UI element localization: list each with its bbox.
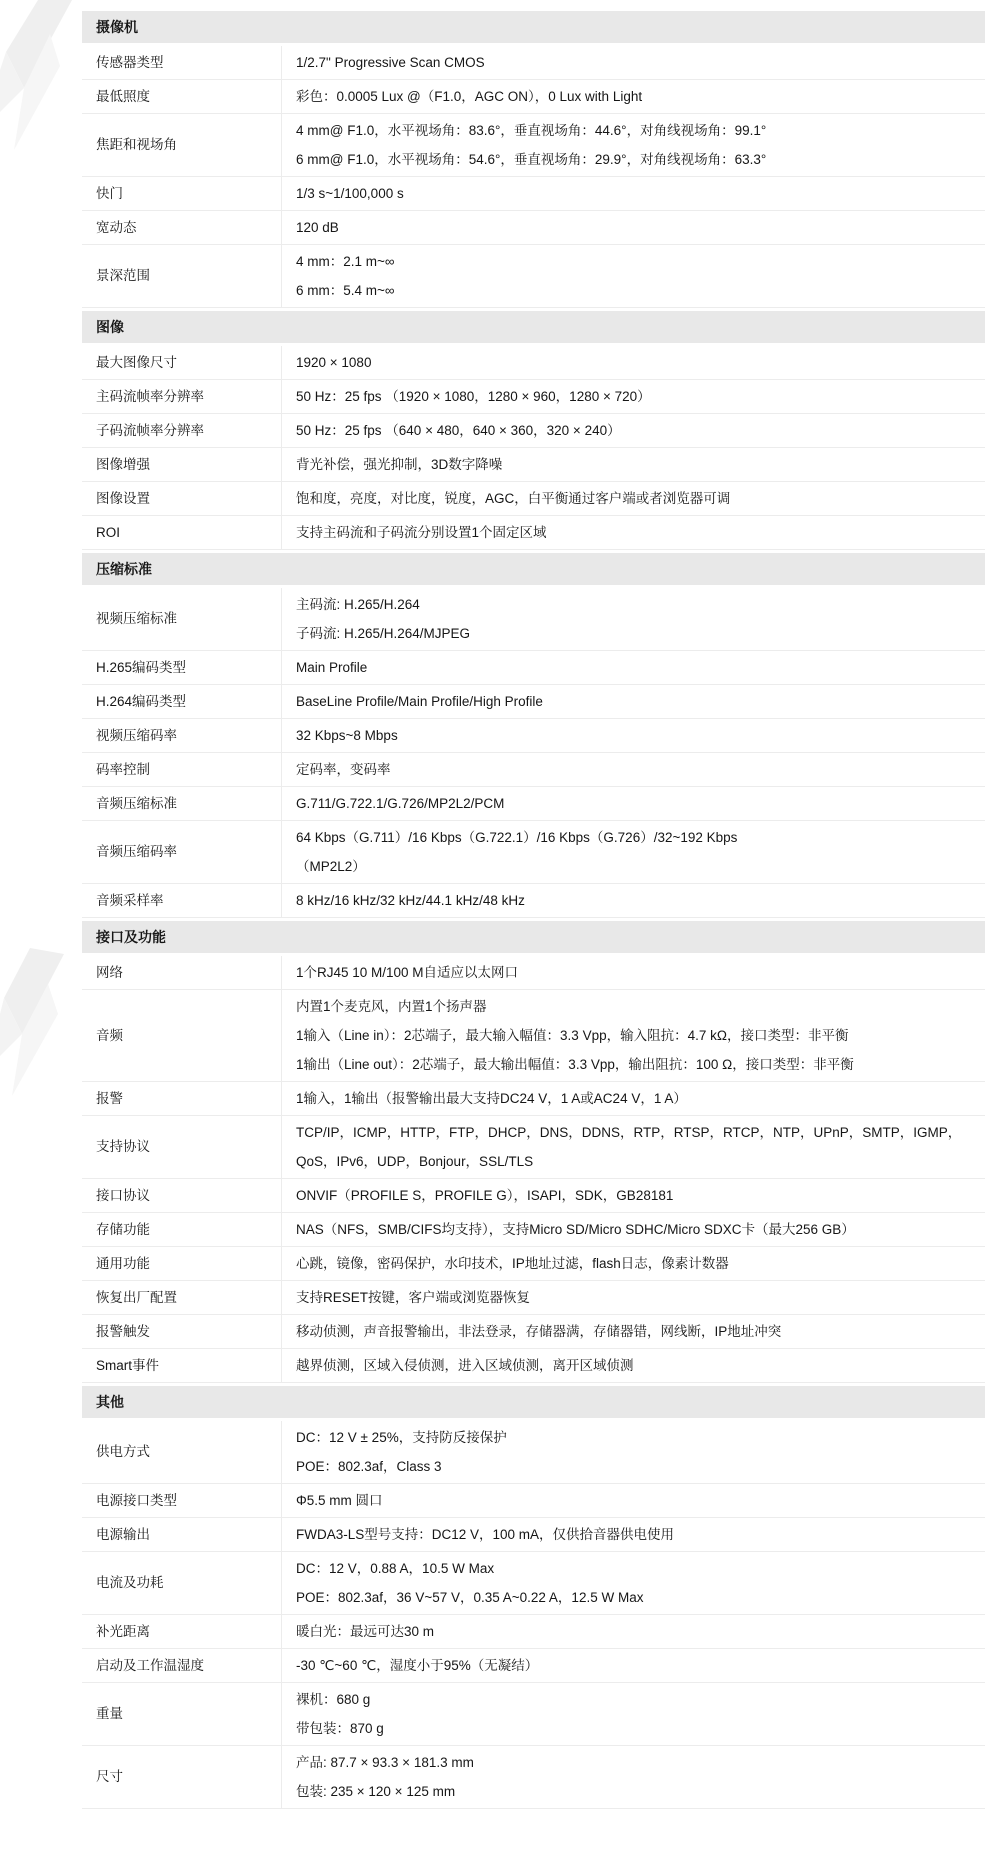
spec-label: Smart事件 xyxy=(82,1349,282,1382)
table-row: Smart事件越界侦测，区域入侵侦测，进入区域侦测，离开区域侦测 xyxy=(82,1349,985,1383)
spec-value-line: 6 mm：5.4 m~∞ xyxy=(296,276,969,305)
table-row: 最大图像尺寸1920 × 1080 xyxy=(82,346,985,380)
spec-value-line: 背光补偿，强光抑制，3D数字降噪 xyxy=(296,450,969,479)
spec-label: 快门 xyxy=(82,177,282,210)
spec-value: 1/2.7" Progressive Scan CMOS xyxy=(282,46,985,79)
spec-label: 报警触发 xyxy=(82,1315,282,1348)
spec-label: 图像设置 xyxy=(82,482,282,515)
spec-label: 图像增强 xyxy=(82,448,282,481)
spec-value-line: 支持主码流和子码流分别设置1个固定区域 xyxy=(296,518,969,547)
table-row: 音频采样率8 kHz/16 kHz/32 kHz/44.1 kHz/48 kHz xyxy=(82,884,985,918)
table-row: 传感器类型1/2.7" Progressive Scan CMOS xyxy=(82,46,985,80)
table-row: 电源接口类型Φ5.5 mm 圆口 xyxy=(82,1484,985,1518)
spec-value-line: 64 Kbps（G.711）/16 Kbps（G.722.1）/16 Kbps（… xyxy=(296,823,969,852)
spec-value-line: 1920 × 1080 xyxy=(296,348,969,377)
spec-value: 裸机：680 g带包装：870 g xyxy=(282,1683,985,1745)
section-header: 其他 xyxy=(82,1386,985,1418)
spec-value: 50 Hz：25 fps （640 × 480，640 × 360，320 × … xyxy=(282,414,985,447)
table-row: 电流及功耗DC：12 V，0.88 A，10.5 W MaxPOE：802.3a… xyxy=(82,1552,985,1615)
spec-value-line: 主码流: H.265/H.264 xyxy=(296,590,969,619)
spec-label: 主码流帧率分辨率 xyxy=(82,380,282,413)
spec-value: 120 dB xyxy=(282,211,985,244)
table-row: 补光距离暖白光：最远可达30 m xyxy=(82,1615,985,1649)
table-row: 图像设置饱和度，亮度，对比度，锐度，AGC，白平衡通过客户端或者浏览器可调 xyxy=(82,482,985,516)
table-row: 电源输出FWDA3-LS型号支持：DC12 V，100 mA，仅供拾音器供电使用 xyxy=(82,1518,985,1552)
spec-value-line: 1输入（Line in）：2芯端子，最大输入幅值：3.3 Vpp，输入阻抗：4.… xyxy=(296,1021,969,1050)
spec-label: 网络 xyxy=(82,956,282,989)
spec-value: NAS（NFS，SMB/CIFS均支持），支持Micro SD/Micro SD… xyxy=(282,1213,985,1246)
spec-value: 暖白光：最远可达30 m xyxy=(282,1615,985,1648)
spec-table: 摄像机传感器类型1/2.7" Progressive Scan CMOS最低照度… xyxy=(82,8,985,1809)
table-row: 启动及工作温湿度-30 ℃~60 ℃，湿度小于95%（无凝结） xyxy=(82,1649,985,1683)
spec-value: DC：12 V ± 25%，支持防反接保护POE：802.3af，Class 3 xyxy=(282,1421,985,1483)
spec-value-line: 6 mm@ F1.0，水平视场角：54.6°，垂直视场角：29.9°，对角线视场… xyxy=(296,145,969,174)
spec-value-line: （MP2L2） xyxy=(296,852,969,881)
table-row: 子码流帧率分辨率50 Hz：25 fps （640 × 480，640 × 36… xyxy=(82,414,985,448)
spec-value-line: 裸机：680 g xyxy=(296,1685,969,1714)
spec-value: 4 mm：2.1 m~∞6 mm：5.4 m~∞ xyxy=(282,245,985,307)
spec-value-line: 1输出（Line out）：2芯端子，最大输出幅值：3.3 Vpp，输出阻抗：1… xyxy=(296,1050,969,1079)
table-row: 音频压缩标准G.711/G.722.1/G.726/MP2L2/PCM xyxy=(82,787,985,821)
spec-label: 恢复出厂配置 xyxy=(82,1281,282,1314)
spec-label: 宽动态 xyxy=(82,211,282,244)
spec-value: 8 kHz/16 kHz/32 kHz/44.1 kHz/48 kHz xyxy=(282,884,985,917)
spec-value-line: 1输入，1输出（报警输出最大支持DC24 V，1 A或AC24 V，1 A） xyxy=(296,1084,969,1113)
table-row: 重量裸机：680 g带包装：870 g xyxy=(82,1683,985,1746)
spec-label: 最低照度 xyxy=(82,80,282,113)
spec-value-line: NAS（NFS，SMB/CIFS均支持），支持Micro SD/Micro SD… xyxy=(296,1215,969,1244)
table-row: 音频内置1个麦克风，内置1个扬声器1输入（Line in）：2芯端子，最大输入幅… xyxy=(82,990,985,1082)
table-row: 景深范围4 mm：2.1 m~∞6 mm：5.4 m~∞ xyxy=(82,245,985,308)
spec-label: 音频压缩码率 xyxy=(82,821,282,883)
spec-value-line: 内置1个麦克风，内置1个扬声器 xyxy=(296,992,969,1021)
spec-value-line: 产品: 87.7 × 93.3 × 181.3 mm xyxy=(296,1748,969,1777)
section-header: 接口及功能 xyxy=(82,921,985,953)
spec-label: 焦距和视场角 xyxy=(82,114,282,176)
spec-label: 音频 xyxy=(82,990,282,1081)
spec-label: 接口协议 xyxy=(82,1179,282,1212)
table-row: 网络1个RJ45 10 M/100 M自适应以太网口 xyxy=(82,956,985,990)
spec-label: 启动及工作温湿度 xyxy=(82,1649,282,1682)
spec-value-line: 支持RESET按键，客户端或浏览器恢复 xyxy=(296,1283,969,1312)
spec-value-line: Main Profile xyxy=(296,653,969,682)
spec-value-line: 4 mm@ F1.0，水平视场角：83.6°，垂直视场角：44.6°，对角线视场… xyxy=(296,116,969,145)
table-row: 图像增强背光补偿，强光抑制，3D数字降噪 xyxy=(82,448,985,482)
spec-label: 最大图像尺寸 xyxy=(82,346,282,379)
table-row: 视频压缩码率32 Kbps~8 Mbps xyxy=(82,719,985,753)
table-row: 报警触发移动侦测，声音报警输出，非法登录，存储器满，存储器错，网线断，IP地址冲… xyxy=(82,1315,985,1349)
table-row: 最低照度彩色：0.0005 Lux @（F1.0，AGC ON），0 Lux w… xyxy=(82,80,985,114)
spec-value-line: 心跳，镜像，密码保护，水印技术，IP地址过滤，flash日志，像素计数器 xyxy=(296,1249,969,1278)
table-row: H.265编码类型Main Profile xyxy=(82,651,985,685)
spec-value-line: 彩色：0.0005 Lux @（F1.0，AGC ON），0 Lux with … xyxy=(296,82,969,111)
table-row: 接口协议ONVIF（PROFILE S，PROFILE G），ISAPI，SDK… xyxy=(82,1179,985,1213)
section-header: 图像 xyxy=(82,311,985,343)
spec-value-line: 1/3 s~1/100,000 s xyxy=(296,179,969,208)
spec-value-line: DC：12 V，0.88 A，10.5 W Max xyxy=(296,1554,969,1583)
spec-value: FWDA3-LS型号支持：DC12 V，100 mA，仅供拾音器供电使用 xyxy=(282,1518,985,1551)
spec-value-line: ONVIF（PROFILE S，PROFILE G），ISAPI，SDK，GB2… xyxy=(296,1181,969,1210)
spec-label: 电源接口类型 xyxy=(82,1484,282,1517)
spec-value: 心跳，镜像，密码保护，水印技术，IP地址过滤，flash日志，像素计数器 xyxy=(282,1247,985,1280)
spec-value: 1个RJ45 10 M/100 M自适应以太网口 xyxy=(282,956,985,989)
table-row: 尺寸产品: 87.7 × 93.3 × 181.3 mm包装: 235 × 12… xyxy=(82,1746,985,1809)
page: { "sections": [ { "title": "摄像机", "rows"… xyxy=(0,0,1000,1853)
spec-label: 视频压缩码率 xyxy=(82,719,282,752)
spec-value-line: -30 ℃~60 ℃，湿度小于95%（无凝结） xyxy=(296,1651,969,1680)
spec-value-line: 饱和度，亮度，对比度，锐度，AGC，白平衡通过客户端或者浏览器可调 xyxy=(296,484,969,513)
table-row: 供电方式DC：12 V ± 25%，支持防反接保护POE：802.3af，Cla… xyxy=(82,1421,985,1484)
spec-value-line: 暖白光：最远可达30 m xyxy=(296,1617,969,1646)
spec-value-line: POE：802.3af，36 V~57 V，0.35 A~0.22 A，12.5… xyxy=(296,1583,969,1612)
spec-label: 音频采样率 xyxy=(82,884,282,917)
table-row: 视频压缩标准主码流: H.265/H.264子码流: H.265/H.264/M… xyxy=(82,588,985,651)
table-row: 报警1输入，1输出（报警输出最大支持DC24 V，1 A或AC24 V，1 A） xyxy=(82,1082,985,1116)
spec-label: H.264编码类型 xyxy=(82,685,282,718)
spec-value: 越界侦测，区域入侵侦测，进入区域侦测，离开区域侦测 xyxy=(282,1349,985,1382)
table-row: 支持协议TCP/IP，ICMP，HTTP，FTP，DHCP，DNS，DDNS，R… xyxy=(82,1116,985,1179)
section-header: 摄像机 xyxy=(82,11,985,43)
spec-value-line: 子码流: H.265/H.264/MJPEG xyxy=(296,619,969,648)
spec-label: 视频压缩标准 xyxy=(82,588,282,650)
section-header: 压缩标准 xyxy=(82,553,985,585)
spec-value-line: 8 kHz/16 kHz/32 kHz/44.1 kHz/48 kHz xyxy=(296,886,969,915)
table-row: 通用功能心跳，镜像，密码保护，水印技术，IP地址过滤，flash日志，像素计数器 xyxy=(82,1247,985,1281)
spec-value-line: 4 mm：2.1 m~∞ xyxy=(296,247,969,276)
table-row: 宽动态120 dB xyxy=(82,211,985,245)
spec-label: 码率控制 xyxy=(82,753,282,786)
spec-value: TCP/IP，ICMP，HTTP，FTP，DHCP，DNS，DDNS，RTP，R… xyxy=(282,1116,985,1178)
watermark-icon xyxy=(0,0,72,155)
spec-value-line: 50 Hz：25 fps （640 × 480，640 × 360，320 × … xyxy=(296,416,969,445)
spec-value-line: 120 dB xyxy=(296,213,969,242)
spec-label: 补光距离 xyxy=(82,1615,282,1648)
spec-value: 1/3 s~1/100,000 s xyxy=(282,177,985,210)
spec-label: 存储功能 xyxy=(82,1213,282,1246)
spec-value: 50 Hz：25 fps （1920 × 1080，1280 × 960，128… xyxy=(282,380,985,413)
spec-value: ONVIF（PROFILE S，PROFILE G），ISAPI，SDK，GB2… xyxy=(282,1179,985,1212)
spec-value: 4 mm@ F1.0，水平视场角：83.6°，垂直视场角：44.6°，对角线视场… xyxy=(282,114,985,176)
spec-label: 支持协议 xyxy=(82,1116,282,1178)
spec-value-line: G.711/G.722.1/G.726/MP2L2/PCM xyxy=(296,789,969,818)
spec-value: BaseLine Profile/Main Profile/High Profi… xyxy=(282,685,985,718)
table-row: 音频压缩码率64 Kbps（G.711）/16 Kbps（G.722.1）/16… xyxy=(82,821,985,884)
spec-value: Φ5.5 mm 圆口 xyxy=(282,1484,985,1517)
spec-value: 1920 × 1080 xyxy=(282,346,985,379)
table-row: 存储功能NAS（NFS，SMB/CIFS均支持），支持Micro SD/Micr… xyxy=(82,1213,985,1247)
spec-label: 报警 xyxy=(82,1082,282,1115)
spec-value-line: FWDA3-LS型号支持：DC12 V，100 mA，仅供拾音器供电使用 xyxy=(296,1520,969,1549)
spec-value-line: 移动侦测，声音报警输出，非法登录，存储器满，存储器错，网线断，IP地址冲突 xyxy=(296,1317,969,1346)
table-row: H.264编码类型BaseLine Profile/Main Profile/H… xyxy=(82,685,985,719)
spec-value-line: 越界侦测，区域入侵侦测，进入区域侦测，离开区域侦测 xyxy=(296,1351,969,1380)
spec-value-line: 1/2.7" Progressive Scan CMOS xyxy=(296,48,969,77)
spec-label: 景深范围 xyxy=(82,245,282,307)
spec-value: 背光补偿，强光抑制，3D数字降噪 xyxy=(282,448,985,481)
spec-label: 通用功能 xyxy=(82,1247,282,1280)
spec-value: 支持RESET按键，客户端或浏览器恢复 xyxy=(282,1281,985,1314)
spec-value-line: 定码率，变码率 xyxy=(296,755,969,784)
spec-value: 64 Kbps（G.711）/16 Kbps（G.722.1）/16 Kbps（… xyxy=(282,821,985,883)
spec-label: 子码流帧率分辨率 xyxy=(82,414,282,447)
spec-label: 电流及功耗 xyxy=(82,1552,282,1614)
spec-value-line: POE：802.3af，Class 3 xyxy=(296,1452,969,1481)
spec-label: 传感器类型 xyxy=(82,46,282,79)
spec-value: -30 ℃~60 ℃，湿度小于95%（无凝结） xyxy=(282,1649,985,1682)
spec-value: 1输入，1输出（报警输出最大支持DC24 V，1 A或AC24 V，1 A） xyxy=(282,1082,985,1115)
spec-value: 饱和度，亮度，对比度，锐度，AGC，白平衡通过客户端或者浏览器可调 xyxy=(282,482,985,515)
spec-value: 32 Kbps~8 Mbps xyxy=(282,719,985,752)
spec-label: 重量 xyxy=(82,1683,282,1745)
spec-value: 产品: 87.7 × 93.3 × 181.3 mm包装: 235 × 120 … xyxy=(282,1746,985,1808)
spec-label: 音频压缩标准 xyxy=(82,787,282,820)
spec-value: 内置1个麦克风，内置1个扬声器1输入（Line in）：2芯端子，最大输入幅值：… xyxy=(282,990,985,1081)
table-row: 主码流帧率分辨率50 Hz：25 fps （1920 × 1080，1280 ×… xyxy=(82,380,985,414)
spec-value: G.711/G.722.1/G.726/MP2L2/PCM xyxy=(282,787,985,820)
spec-label: H.265编码类型 xyxy=(82,651,282,684)
table-row: 焦距和视场角4 mm@ F1.0，水平视场角：83.6°，垂直视场角：44.6°… xyxy=(82,114,985,177)
table-row: ROI支持主码流和子码流分别设置1个固定区域 xyxy=(82,516,985,550)
spec-label: 供电方式 xyxy=(82,1421,282,1483)
watermark-icon xyxy=(0,948,72,1103)
spec-value-line: 1个RJ45 10 M/100 M自适应以太网口 xyxy=(296,958,969,987)
spec-value-line: DC：12 V ± 25%，支持防反接保护 xyxy=(296,1423,969,1452)
spec-label: 尺寸 xyxy=(82,1746,282,1808)
spec-value-line: Φ5.5 mm 圆口 xyxy=(296,1486,969,1515)
spec-value: 主码流: H.265/H.264子码流: H.265/H.264/MJPEG xyxy=(282,588,985,650)
spec-value: DC：12 V，0.88 A，10.5 W MaxPOE：802.3af，36 … xyxy=(282,1552,985,1614)
spec-value: 支持主码流和子码流分别设置1个固定区域 xyxy=(282,516,985,549)
spec-value-line: TCP/IP，ICMP，HTTP，FTP，DHCP，DNS，DDNS，RTP，R… xyxy=(296,1118,969,1176)
table-row: 码率控制定码率，变码率 xyxy=(82,753,985,787)
spec-value-line: 带包装：870 g xyxy=(296,1714,969,1743)
table-row: 快门1/3 s~1/100,000 s xyxy=(82,177,985,211)
table-row: 恢复出厂配置支持RESET按键，客户端或浏览器恢复 xyxy=(82,1281,985,1315)
spec-value: 移动侦测，声音报警输出，非法登录，存储器满，存储器错，网线断，IP地址冲突 xyxy=(282,1315,985,1348)
spec-value: 彩色：0.0005 Lux @（F1.0，AGC ON），0 Lux with … xyxy=(282,80,985,113)
spec-value-line: 50 Hz：25 fps （1920 × 1080，1280 × 960，128… xyxy=(296,382,969,411)
spec-value-line: 包装: 235 × 120 × 125 mm xyxy=(296,1777,969,1806)
spec-value: 定码率，变码率 xyxy=(282,753,985,786)
spec-value-line: BaseLine Profile/Main Profile/High Profi… xyxy=(296,687,969,716)
spec-label: ROI xyxy=(82,516,282,549)
spec-label: 电源输出 xyxy=(82,1518,282,1551)
spec-value-line: 32 Kbps~8 Mbps xyxy=(296,721,969,750)
spec-value: Main Profile xyxy=(282,651,985,684)
